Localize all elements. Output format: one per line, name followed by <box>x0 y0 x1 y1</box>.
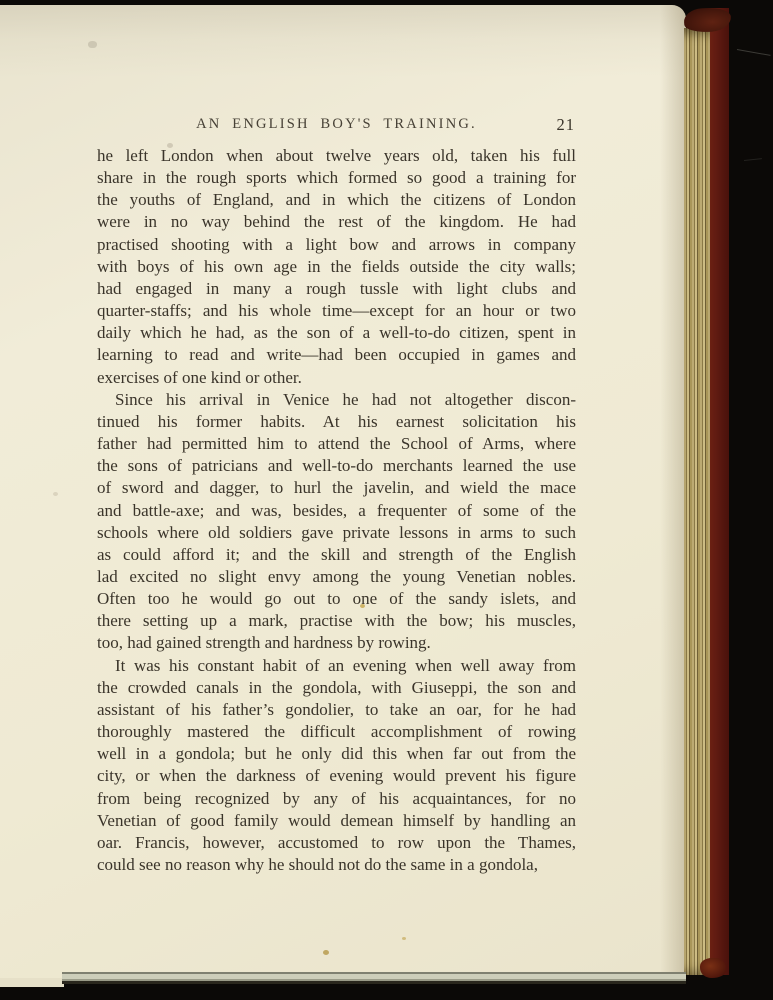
text-line: the youths of England, and in which the … <box>97 189 576 211</box>
text-line: Since his arrival in Venice he had not a… <box>97 389 576 411</box>
paper-stain <box>323 950 329 955</box>
page-bottom-edge <box>62 972 686 984</box>
paper-smudge <box>167 143 173 148</box>
text-line: from being recognized by any of his acqu… <box>97 788 576 810</box>
text-line: he left London when about twelve years o… <box>97 145 576 167</box>
paragraph: It was his constant habit of an evening … <box>97 655 576 877</box>
text-line: had engaged in many a rough tussle with … <box>97 278 576 300</box>
text-line: Often too he would go out to one of the … <box>97 588 576 610</box>
text-line: and battle-axe; and was, besides, a freq… <box>97 500 576 522</box>
book-cover-edge <box>710 8 729 975</box>
paper-smudge <box>53 492 58 496</box>
text-line: too, had gained strength and hardness by… <box>97 632 576 654</box>
text-line: daily which he had, as the son of a well… <box>97 322 576 344</box>
text-line: city, or when the darkness of evening wo… <box>97 765 576 787</box>
text-line: learning to read and write—had been occu… <box>97 344 576 366</box>
page-header: AN ENGLISH BOY'S TRAINING. 21 <box>97 116 576 138</box>
text-line: exercises of one kind or other. <box>97 367 576 389</box>
text-line: schools where old soldiers gave private … <box>97 522 576 544</box>
text-line: of sword and dagger, to hurl the javelin… <box>97 477 576 499</box>
page-bottom-corner <box>0 978 64 987</box>
page-body: he left London when about twelve years o… <box>97 145 576 876</box>
paper-smudge <box>88 41 97 48</box>
text-line: oar. Francis, however, accustomed to row… <box>97 832 576 854</box>
text-line: Venetian of good family would demean him… <box>97 810 576 832</box>
text-line: there setting up a mark, practise with t… <box>97 610 576 632</box>
backdrop-scratch <box>744 158 762 161</box>
text-line: father had permitted him to attend the S… <box>97 433 576 455</box>
backdrop-scratch <box>737 49 771 56</box>
text-line: lad excited no slight envy among the you… <box>97 566 576 588</box>
text-line: assistant of his father’s gondolier, to … <box>97 699 576 721</box>
fore-edge-page-stack <box>684 28 711 975</box>
paragraph: he left London when about twelve years o… <box>97 145 576 389</box>
text-line: It was his constant habit of an evening … <box>97 655 576 677</box>
paper-stain <box>360 604 365 608</box>
text-line: thoroughly mastered the difficult accomp… <box>97 721 576 743</box>
text-line: share in the rough sports which formed s… <box>97 167 576 189</box>
book-scan-photo: AN ENGLISH BOY'S TRAINING. 21 he left Lo… <box>0 0 773 1000</box>
page-number: 21 <box>557 115 576 135</box>
text-line: with boys of his own age in the fields o… <box>97 256 576 278</box>
text-line: tinued his former habits. At his earnest… <box>97 411 576 433</box>
text-line: were in no way behind the rest of the ki… <box>97 211 576 233</box>
text-line: quarter-staffs; and his whole time—excep… <box>97 300 576 322</box>
text-line: could see no reason why he should not do… <box>97 854 576 876</box>
text-line: well in a gondola; but he only did this … <box>97 743 576 765</box>
book-cover-bottom-corner <box>700 958 726 978</box>
paper-stain <box>402 937 406 940</box>
paragraph: Since his arrival in Venice he had not a… <box>97 389 576 655</box>
text-line: practised shooting with a light bow and … <box>97 234 576 256</box>
running-header: AN ENGLISH BOY'S TRAINING. <box>97 116 576 133</box>
text-line: the crowded canals in the gondola, with … <box>97 677 576 699</box>
text-line: as could afford it; and the skill and st… <box>97 544 576 566</box>
book-page: AN ENGLISH BOY'S TRAINING. 21 he left Lo… <box>0 5 686 978</box>
text-line: the sons of patricians and well-to-do me… <box>97 455 576 477</box>
